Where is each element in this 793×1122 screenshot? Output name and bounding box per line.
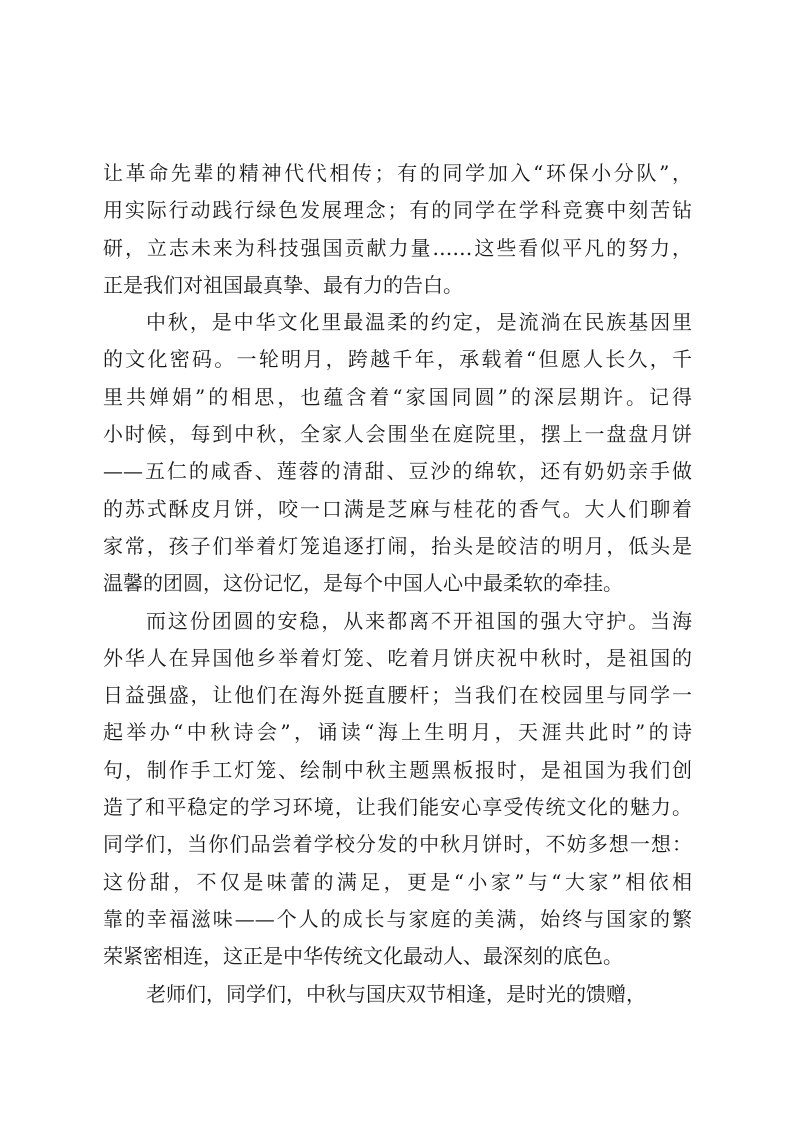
- text-line: 家常，孩子们举着灯笼追逐打闹，抬头是皎洁的明月，低头是: [103, 528, 692, 565]
- paragraph: 而这份团圆的安稳，从来都离不开祖国的强大守护。当海 外华人在异国他乡举着灯笼、吃…: [103, 603, 692, 976]
- text-line: 小时候，每到中秋，全家人会围坐在庭院里，摆上一盘盘月饼: [103, 416, 692, 453]
- text-line: 日益强盛，让他们在海外挺直腰杆；当我们在校园里与同学一: [103, 677, 692, 714]
- paragraph: 老师们，同学们，中秋与国庆双节相逢，是时光的馈赠，: [103, 976, 692, 1013]
- paragraph: 让革命先辈的精神代代相传；有的同学加入“环保小分队”， 用实际行动践行绿色发展理…: [103, 155, 692, 304]
- text-line: 研，立志未来为科技强国贡献力量……这些看似平凡的努力，: [103, 230, 692, 267]
- paragraph: 中秋，是中华文化里最温柔的约定，是流淌在民族基因里 的文化密码。一轮明月，跨越千…: [103, 304, 692, 602]
- text-line: 这份甜，不仅是味蕾的满足，更是“小家”与“大家”相依相: [103, 864, 692, 901]
- document-text: 让革命先辈的精神代代相传；有的同学加入“环保小分队”， 用实际行动践行绿色发展理…: [103, 155, 692, 1013]
- text-line: ——五仁的咸香、莲蓉的清甜、豆沙的绵软，还有奶奶亲手做: [103, 453, 692, 490]
- text-line: 老师们，同学们，中秋与国庆双节相逢，是时光的馈赠，: [103, 976, 692, 1013]
- text-line: 里共婵娟”的相思，也蕴含着“家国同圆”的深层期许。记得: [103, 379, 692, 416]
- text-line: 靠的幸福滋味——个人的成长与家庭的美满，始终与国家的繁: [103, 901, 692, 938]
- document-page: 让革命先辈的精神代代相传；有的同学加入“环保小分队”， 用实际行动践行绿色发展理…: [0, 0, 793, 1122]
- text-line: 句，制作手工灯笼、绘制中秋主题黑板报时，是祖国为我们创: [103, 752, 692, 789]
- text-line: 起举办“中秋诗会”，诵读“海上生明月，天涯共此时”的诗: [103, 714, 692, 751]
- text-line: 温馨的团圆，这份记忆，是每个中国人心中最柔软的牵挂。: [103, 565, 692, 602]
- text-line: 中秋，是中华文化里最温柔的约定，是流淌在民族基因里: [103, 304, 692, 341]
- text-line: 同学们，当你们品尝着学校分发的中秋月饼时，不妨多想一想：: [103, 826, 692, 863]
- text-line: 用实际行动践行绿色发展理念；有的同学在学科竞赛中刻苦钻: [103, 192, 692, 229]
- text-line: 的苏式酥皮月饼，咬一口满是芝麻与桂花的香气。大人们聊着: [103, 491, 692, 528]
- text-line: 荣紧密相连，这正是中华传统文化最动人、最深刻的底色。: [103, 938, 692, 975]
- text-line: 让革命先辈的精神代代相传；有的同学加入“环保小分队”，: [103, 155, 692, 192]
- text-line: 正是我们对祖国最真挚、最有力的告白。: [103, 267, 692, 304]
- text-line: 外华人在异国他乡举着灯笼、吃着月饼庆祝中秋时，是祖国的: [103, 640, 692, 677]
- text-line: 而这份团圆的安稳，从来都离不开祖国的强大守护。当海: [103, 603, 692, 640]
- text-line: 造了和平稳定的学习环境，让我们能安心享受传统文化的魅力。: [103, 789, 692, 826]
- text-line: 的文化密码。一轮明月，跨越千年，承载着“但愿人长久，千: [103, 341, 692, 378]
